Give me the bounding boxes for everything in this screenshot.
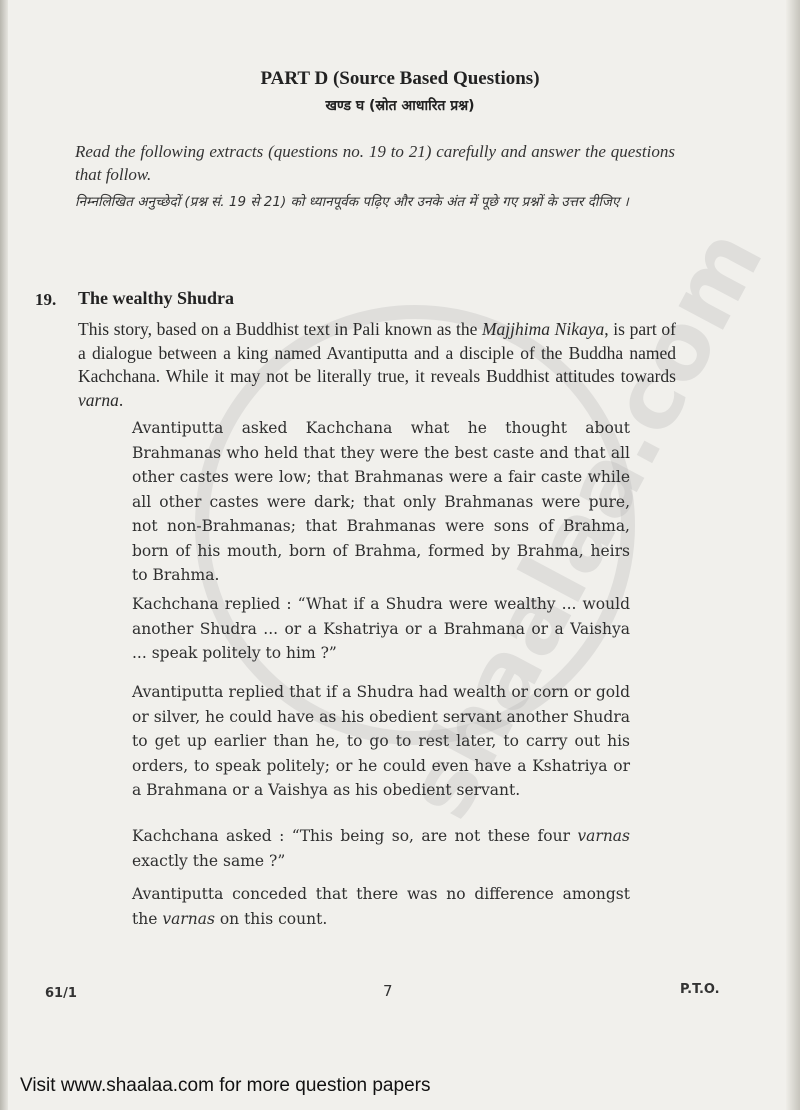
part-title-hindi: खण्ड घ (स्रोत आधारित प्रश्न) (0, 96, 800, 115)
exam-page: shaalaa.com PART D (Source Based Questio… (0, 0, 800, 1110)
part-title: PART D (Source Based Questions) (0, 68, 800, 90)
intro-text: . (119, 390, 123, 410)
extract-paragraph-5: Avantiputta conceded that there was no d… (132, 882, 630, 931)
question-intro: This story, based on a Buddhist text in … (78, 318, 676, 412)
intro-text: This story, based on a Buddhist text in … (78, 319, 482, 339)
website-link[interactable]: Visit www.shaalaa.com for more question … (20, 1075, 430, 1097)
scan-edge-left (0, 0, 8, 1110)
extract-term: varnas (162, 910, 215, 928)
question-number: 19. (35, 290, 56, 310)
extract-text: Kachchana replied : “What if a Shudra we… (132, 592, 630, 666)
pto-label: P.T.O. (680, 982, 720, 997)
extract-text: Avantiputta asked Kachchana what he thou… (132, 416, 630, 588)
extract-text: Kachchana asked : “This being so, are no… (132, 827, 577, 845)
question-title: The wealthy Shudra (78, 288, 234, 309)
intro-term: varna (78, 390, 119, 410)
instructions-hindi: निम्नलिखित अनुच्छेदों (प्रश्न सं. 19 से … (75, 190, 675, 215)
extract-paragraph-1: Avantiputta asked Kachchana what he thou… (132, 416, 630, 588)
extract-text: on this count. (215, 910, 327, 928)
extract-paragraph-4: Kachchana asked : “This being so, are no… (132, 824, 630, 873)
extract-text: Avantiputta replied that if a Shudra had… (132, 680, 630, 803)
extract-term: varnas (577, 827, 630, 845)
extract-paragraph-3: Avantiputta replied that if a Shudra had… (132, 680, 630, 803)
instructions-english: Read the following extracts (questions n… (75, 140, 675, 186)
extract-paragraph-2: Kachchana replied : “What if a Shudra we… (132, 592, 630, 666)
paper-code: 61/1 (45, 986, 77, 1001)
extract-text: exactly the same ?” (132, 852, 285, 870)
page-number: 7 (383, 982, 393, 1000)
scan-edge-right (786, 0, 800, 1110)
intro-source-title: Majjhima Nikaya (482, 319, 604, 339)
